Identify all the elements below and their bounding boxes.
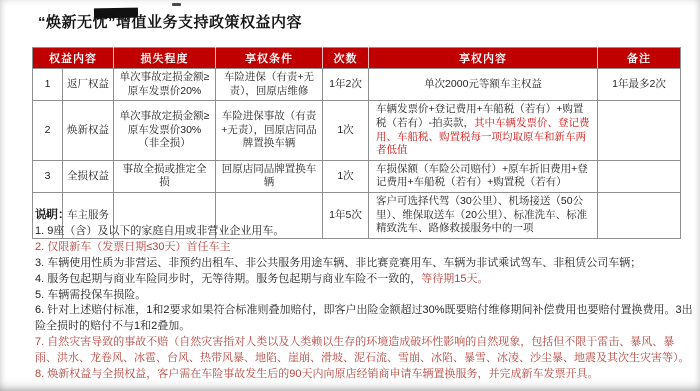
- cell-times: 1年2次: [323, 69, 369, 101]
- note-item: 4. 服务包起期与商业车险同步时，无等待期。服务包起期与商业车险不一致的，等待期…: [35, 272, 693, 288]
- policy-document-page: “焕新无忧”增值业务支持政策权益内容 权益内容 损失程度 享权条件 次数 享权内…: [0, 0, 700, 391]
- table-row: 1 返厂权益 单次事故定损金额≥原车发票价20% 车险进保（有责+无责），回原店…: [33, 69, 681, 101]
- header-loss-degree: 损失程度: [114, 48, 216, 69]
- cell-benefit-name: 焕新权益: [63, 101, 114, 161]
- table-row: 3 全损权益 事故全损或推定全损 回原店同品牌置换车辆 1次 车损保额（车险公司…: [33, 160, 681, 192]
- cell-content: 车辆发票价+登记费用+车船税（若有）+购置税（若有）-拍卖款，其中车辆发票价、登…: [369, 101, 598, 161]
- cell-times: 1次: [323, 160, 369, 192]
- cell-benefit-name: 返厂权益: [63, 69, 114, 101]
- note-item: 5. 车辆需投保车损险。: [35, 288, 693, 304]
- cell-remark: 1年最多2次: [598, 69, 681, 101]
- header-condition: 享权条件: [216, 48, 323, 69]
- cell-num: 1: [33, 69, 63, 101]
- note-item: 6. 针对上述赔付标准，1和2要求如果符合标准则叠加赔付，即客户出险金额超过30…: [35, 303, 693, 335]
- cell-remark: [598, 101, 681, 161]
- header-benefit-content: 权益内容: [33, 48, 114, 69]
- note-item: 2. 仅限新车（发票日期≤30天）首任车主: [35, 240, 693, 256]
- cell-condition: 车险进保事故（有责+无责），回原店同品牌置换车辆: [216, 101, 323, 161]
- cell-loss-degree: 事故全损或推定全损: [114, 160, 216, 192]
- notes-heading: 说明：: [35, 208, 693, 224]
- smudge-mark: [172, 3, 181, 6]
- note-red-text: 7. 自然灾害导致的事故不赔（自然灾害指对人类以及人类赖以生存的环境造成破坏性影…: [35, 336, 690, 364]
- table-row: 2 焕新权益 单次事故定损金额≥原车发票价30%（非全损） 车险进保事故（有责+…: [33, 101, 681, 161]
- note-red-text: 2. 仅限新车（发票日期≤30天）首任车主: [35, 241, 231, 253]
- cell-condition: 车险进保（有责+无责），回原店维修: [216, 69, 323, 101]
- cell-condition: 回原店同品牌置换车辆: [216, 160, 323, 192]
- note-item: 8. 焕新权益与全损权益，客户需在车险事故发生后的90天内向原店经销商申请车辆置…: [35, 367, 693, 383]
- cell-num: 3: [33, 160, 63, 192]
- cell-remark: [598, 160, 681, 192]
- table-header-row: 权益内容 损失程度 享权条件 次数 享权内容 备注: [33, 48, 681, 69]
- header-times: 次数: [323, 48, 369, 69]
- note-red-text: 等待期15天。: [421, 273, 488, 285]
- note-item: 7. 自然灾害导致的事故不赔（自然灾害指对人类以及人类赖以生存的环境造成破坏性影…: [35, 335, 693, 367]
- cell-content: 单次2000元等额车主权益: [369, 69, 598, 101]
- note-item: 1. 9座（含）及以下的家庭自用或非营业企业用车。: [35, 224, 693, 240]
- header-remark: 备注: [598, 48, 681, 69]
- cell-loss-degree: 单次事故定损金额≥原车发票价30%（非全损）: [114, 101, 216, 161]
- redaction-mark: [94, 8, 138, 19]
- cell-times: 1次: [323, 101, 369, 161]
- cell-loss-degree: 单次事故定损金额≥原车发票价20%: [114, 69, 216, 101]
- note-red-text: 8. 焕新权益与全损权益，客户需在车险事故发生后的90天内向原店经销商申请车辆置…: [35, 368, 598, 380]
- cell-benefit-name: 全损权益: [63, 160, 114, 192]
- header-entitlement: 享权内容: [369, 48, 598, 69]
- note-item: 3. 车辆使用性质为非营运、非预约出租车、非公共服务用途车辆、非比赛竞赛用车、车…: [35, 256, 693, 272]
- cell-num: 2: [33, 101, 63, 161]
- page-title: “焕新无忧”增值业务支持政策权益内容: [38, 11, 302, 32]
- notes-section: 说明： 1. 9座（含）及以下的家庭自用或非营业企业用车。 2. 仅限新车（发票…: [35, 208, 693, 383]
- cell-content: 车损保额（车险公司赔付）+原车折旧费用+登记费用+车船税（若有）+购置税（若有）: [369, 160, 598, 192]
